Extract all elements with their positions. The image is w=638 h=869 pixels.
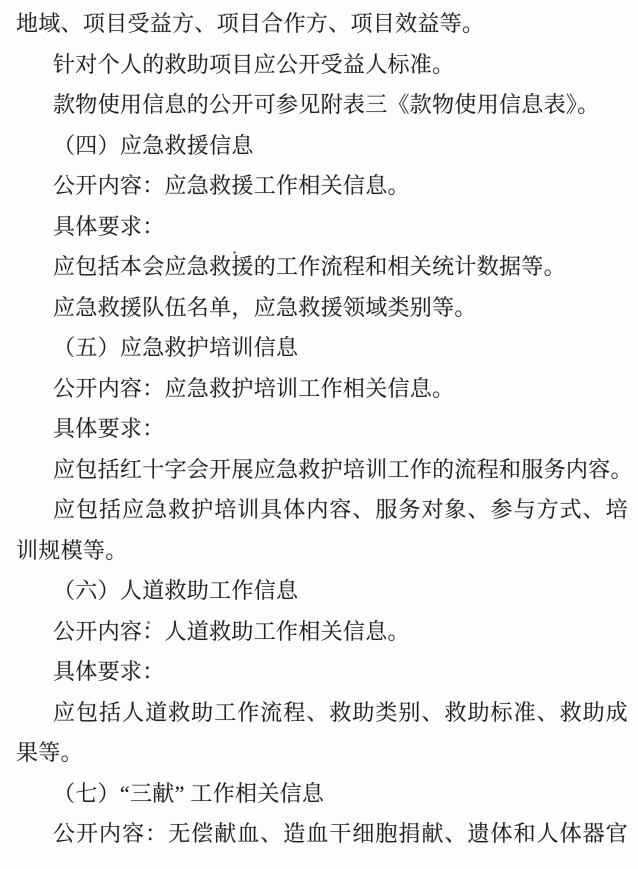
text-line-13: 应包括应急救护培训具体内容、服务对象、参与方式、培 <box>16 490 628 531</box>
text-line-17: 具体要求： <box>16 652 628 693</box>
text-line-3: 款物使用信息的公开可参见附表三《款物使用信息表》。 <box>16 85 628 126</box>
text-line-9: （五）应急救护培训信息 <box>16 328 628 369</box>
text-line-8: 应急救援队伍名单，应急救援领域类别等。 <box>16 288 628 329</box>
text-line-10: 公开内容：应急救护培训工作相关信息。 <box>16 369 628 410</box>
text-line-15: （六）人道救助工作信息 <box>16 571 628 612</box>
text-line-2: 针对个人的救助项目应公开受益人标准。 <box>16 45 628 86</box>
text-line-12: 应包括红十字会开展应急救护培训工作的流程和服务内容。 <box>16 450 628 491</box>
text-line-14: 训规模等。 <box>16 531 628 572</box>
text-line-4: （四）应急救援信息 <box>16 126 628 167</box>
text-line-6: 具体要求： <box>16 207 628 248</box>
scan-speck <box>233 251 236 254</box>
scan-speck <box>147 621 150 624</box>
document-page: 地域、项目受益方、项目合作方、项目效益等。 针对个人的救助项目应公开受益人标准。… <box>0 0 638 869</box>
text-line-19: 果等。 <box>16 733 628 774</box>
text-line-7: 应包括本会应急救援的工作流程和相关统计数据等。 <box>16 247 628 288</box>
text-line-20: （七）“三献” 工作相关信息 <box>16 774 628 815</box>
text-line-11: 具体要求： <box>16 409 628 450</box>
text-line-16: 公开内容：人道救助工作相关信息。 <box>16 612 628 653</box>
text-line-1: 地域、项目受益方、项目合作方、项目效益等。 <box>16 4 628 45</box>
text-line-5: 公开内容：应急救援工作相关信息。 <box>16 166 628 207</box>
text-line-21: 公开内容：无偿献血、造血干细胞捐献、遗体和人体器官 <box>16 814 628 855</box>
text-line-18: 应包括人道救助工作流程、救助类别、救助标准、救助成 <box>16 693 628 734</box>
